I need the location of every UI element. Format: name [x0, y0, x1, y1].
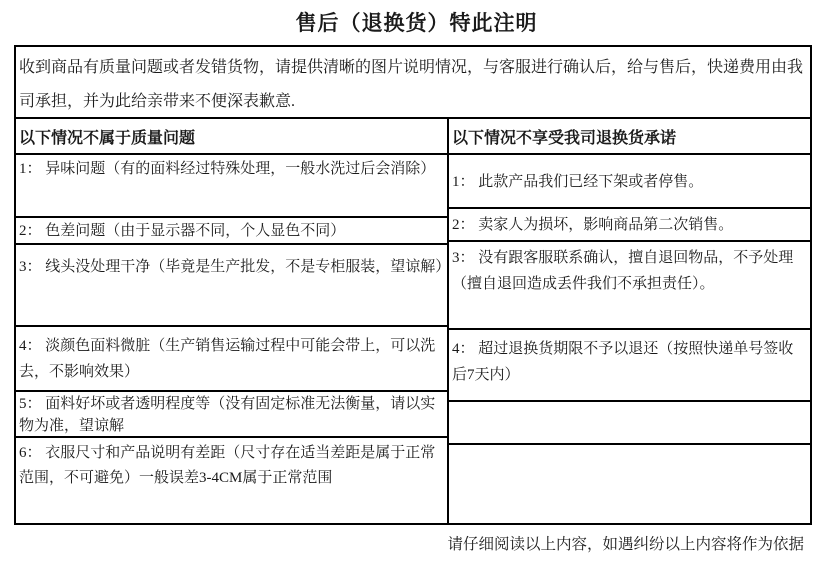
policy-table: 收到商品有质量问题或者发错货物，请提供清晰的图片说明情况，与客服进行确认后，给与… — [14, 45, 812, 525]
page-title: 售后（退换货）特此注明 — [0, 7, 833, 37]
right-item-3: 3： 没有跟客服联系确认，擅自退回物品，不予处理（擅自退回造成丢件我们不承担责任… — [449, 242, 810, 330]
table-body: 1： 异味问题（有的面料经过特殊处理，一般水洗过后会消除） 2： 色差问题（由于… — [16, 155, 810, 523]
left-item-5: 5： 面料好坏或者透明程度等（没有固定标准无法衡量，请以实物为准，望谅解 — [16, 392, 447, 438]
page: 售后（退换货）特此注明 收到商品有质量问题或者发错货物，请提供清晰的图片说明情况… — [0, 0, 833, 569]
right-item-1: 1： 此款产品我们已经下架或者停售。 — [449, 155, 810, 209]
left-column: 1： 异味问题（有的面料经过特殊处理，一般水洗过后会消除） 2： 色差问题（由于… — [16, 155, 449, 523]
header-row: 以下情况不属于质量问题 以下情况不享受我司退换货承诺 — [16, 119, 810, 155]
left-item-1: 1： 异味问题（有的面料经过特殊处理，一般水洗过后会消除） — [16, 155, 447, 218]
left-item-4: 4： 淡颜色面料微脏（生产销售运输过程中可能会带上，可以洗去，不影响效果） — [16, 327, 447, 392]
right-item-4: 4： 超过退换货期限不予以退还（按照快递单号签收后7天内） — [449, 330, 810, 402]
footer-note: 请仔细阅读以上内容，如遇纠纷以上内容将作为依据 — [0, 532, 812, 554]
right-column: 1： 此款产品我们已经下架或者停售。 2： 卖家人为损坏，影响商品第二次销售。 … — [449, 155, 810, 523]
left-column-header: 以下情况不属于质量问题 — [16, 119, 449, 155]
left-item-6: 6： 衣服尺寸和产品说明有差距（尺寸存在适当差距是属于正常范围，不可避免）一般误… — [16, 438, 447, 523]
intro-cell: 收到商品有质量问题或者发错货物，请提供清晰的图片说明情况，与客服进行确认后，给与… — [16, 47, 810, 119]
right-item-2: 2： 卖家人为损坏，影响商品第二次销售。 — [449, 209, 810, 242]
left-item-3: 3： 线头没处理干净（毕竟是生产批发，不是专柜服装，望谅解） — [16, 245, 447, 327]
left-item-2: 2： 色差问题（由于显示器不同，个人显色不同） — [16, 218, 447, 245]
right-item-empty-2 — [449, 445, 810, 523]
right-item-empty-1 — [449, 402, 810, 445]
right-column-header: 以下情况不享受我司退换货承诺 — [449, 119, 810, 155]
